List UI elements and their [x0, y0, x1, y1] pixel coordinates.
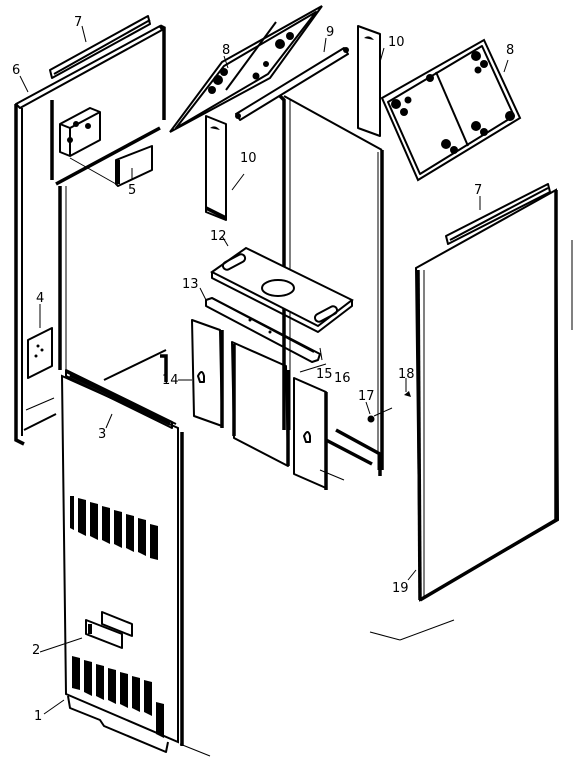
- callout-4: 4: [36, 291, 44, 306]
- callout-2: 2: [32, 643, 40, 658]
- right-side-panel: [416, 190, 572, 600]
- callout-16: 16: [334, 371, 351, 386]
- callout-17: 17: [358, 389, 375, 404]
- callout-18: 18: [398, 367, 415, 382]
- top-cover-panel-left: [170, 6, 322, 132]
- callout-10-left: 10: [240, 151, 257, 166]
- callout-14: 14: [162, 373, 179, 388]
- callout-5: 5: [128, 183, 136, 198]
- front-lower-panel: [62, 370, 210, 756]
- callout-9: 9: [326, 25, 334, 40]
- top-cover-panel-right: [382, 40, 520, 180]
- callout-12: 12: [210, 229, 227, 244]
- left-access-door: [192, 320, 222, 428]
- center-access-panel: [232, 342, 288, 466]
- vertical-strap-right: [358, 26, 380, 136]
- callout-15: 15: [316, 367, 333, 382]
- callout-8-right: 8: [506, 43, 514, 58]
- callout-7-left: 7: [74, 15, 82, 30]
- clip: [404, 391, 411, 397]
- callout-8-left: 8: [222, 43, 230, 58]
- callout-10-right: 10: [388, 35, 405, 50]
- top-trim-strip-left: [50, 16, 150, 78]
- screw: [368, 408, 393, 423]
- callout-6: 6: [12, 63, 20, 78]
- callout-3: 3: [98, 427, 106, 442]
- callout-13: 13: [182, 277, 199, 292]
- callout-7-right: 7: [474, 183, 482, 198]
- parts-diagram: 7 6 8 9 10 8 5 10 7 12 13 4 14 15 16 18 …: [0, 0, 576, 768]
- callout-19: 19: [392, 581, 409, 596]
- callout-1: 1: [34, 709, 42, 724]
- vertical-strap-left: [206, 116, 226, 220]
